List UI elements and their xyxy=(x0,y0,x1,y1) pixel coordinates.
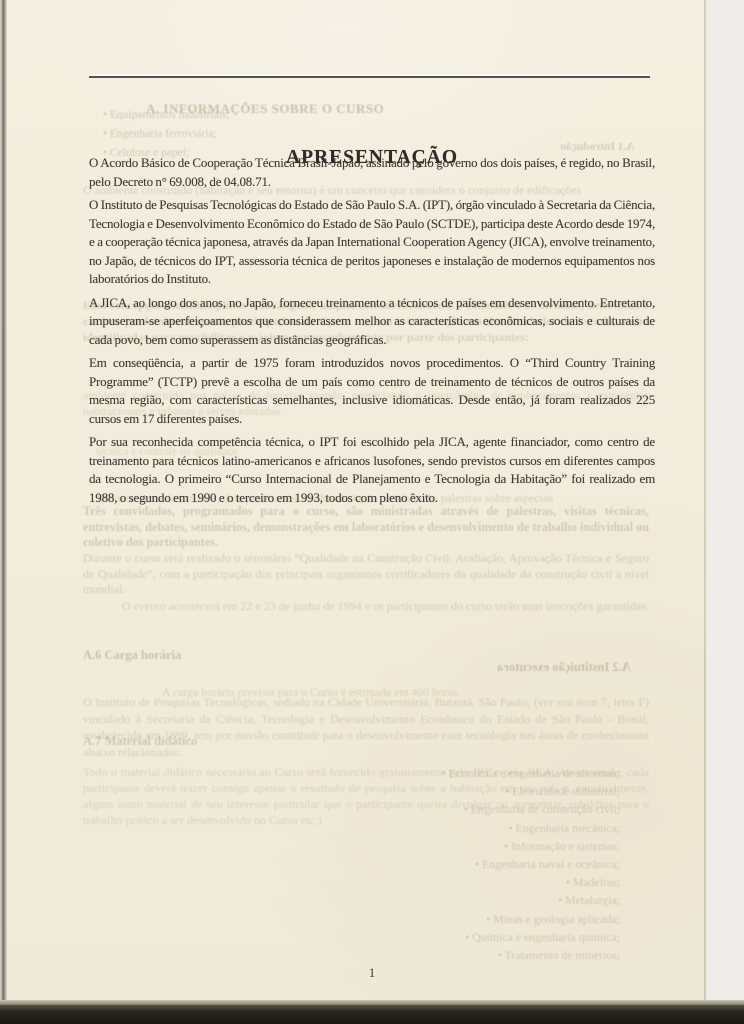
ghost-heading-a2: A.2 Instituição executora xyxy=(482,660,646,675)
scan-bottom-band xyxy=(0,1005,744,1024)
ghost-list-item: • Equipamentos industriais; xyxy=(103,106,230,125)
body-text: O Acordo Básico de Cooperação Técnica Br… xyxy=(89,154,655,512)
page-number: 1 xyxy=(89,965,655,981)
scanned-document-page: A. INFORMAÇÕES SOBRE O CURSO A.1 Introdu… xyxy=(0,0,744,1024)
ghost-heading-a7: A.7 Material didático xyxy=(83,734,197,749)
scan-edge-left xyxy=(0,0,7,1003)
ghost-paragraph: O Instituto de Pesquisas Tecnológicas, s… xyxy=(83,694,649,760)
ghost-list-item: • Engenharia naval e oceânica; xyxy=(330,855,620,873)
paragraph: A JICA, ao longo dos anos, no Japão, for… xyxy=(89,294,655,350)
ghost-list-item: • Madeiras; xyxy=(330,873,620,891)
ghost-list-item: • Informação e sistemas; xyxy=(330,837,620,855)
paragraph: Por sua reconhecida competência técnica,… xyxy=(89,433,655,507)
top-rule xyxy=(89,74,650,78)
ghost-list-item: • Eletricidade industrial; xyxy=(330,782,620,800)
paragraph: O Instituto de Pesquisas Tecnológicas do… xyxy=(89,196,655,289)
ghost-paragraph: O evento acontecerá em 22 e 23 de junho … xyxy=(93,599,649,615)
ghost-list-item: • Minas e geologia aplicada; xyxy=(330,910,620,928)
ghost-bullet-list-areas: • Economia e engenharia de sistemas;• El… xyxy=(330,764,620,964)
ghost-list-item: • Metalurgia; xyxy=(330,891,620,909)
ghost-list-item: • Engenharia mecânica; xyxy=(330,819,620,837)
ghost-paragraph: Durante o curso será realizado o seminár… xyxy=(83,551,649,598)
ghost-list-item: • Engenharia de construção civil; xyxy=(330,800,620,818)
ghost-list-item: • Economia e engenharia de sistemas; xyxy=(330,764,620,782)
ghost-list-item: • Química e engenharia química; xyxy=(330,928,620,946)
paragraph: Em conseqüência, a partir de 1975 foram … xyxy=(89,354,655,428)
paper-right-edge xyxy=(704,0,707,1003)
paragraph: O Acordo Básico de Cooperação Técnica Br… xyxy=(89,154,655,191)
ghost-heading-a6: A.6 Carga horária xyxy=(83,648,181,663)
ghost-list-item: • Engenharia ferroviária; xyxy=(103,125,230,144)
ghost-list-item: • Tratamento de minérios; xyxy=(330,946,620,964)
